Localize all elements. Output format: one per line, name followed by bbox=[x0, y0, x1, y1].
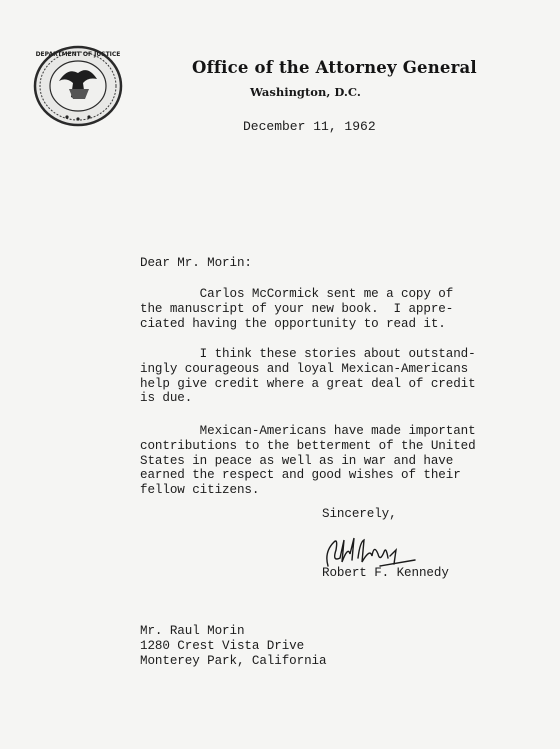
letterhead-title: Office of the Attorney General bbox=[192, 58, 477, 77]
body-paragraph-1: Carlos McCormick sent me a copy of the m… bbox=[140, 287, 453, 331]
letter-date: December 11, 1962 bbox=[243, 119, 376, 134]
body-paragraph-2: I think these stories about outstand- in… bbox=[140, 347, 476, 406]
recipient-address: Mr. Raul Morin 1280 Crest Vista Drive Mo… bbox=[140, 624, 326, 668]
letterhead-location: Washington, D.C. bbox=[250, 85, 361, 99]
closing: Sincerely, bbox=[322, 507, 397, 522]
body-paragraph-3: Mexican-Americans have made important co… bbox=[140, 424, 476, 498]
department-of-justice-seal-icon: DEPARTMENT OF JUSTICE bbox=[33, 45, 123, 127]
letter-page: DEPARTMENT OF JUSTICE Office of the Atto… bbox=[0, 0, 560, 749]
signer-name: Robert F. Kennedy bbox=[322, 566, 449, 581]
salutation: Dear Mr. Morin: bbox=[140, 256, 252, 271]
svg-text:DEPARTMENT OF JUSTICE: DEPARTMENT OF JUSTICE bbox=[36, 51, 121, 58]
